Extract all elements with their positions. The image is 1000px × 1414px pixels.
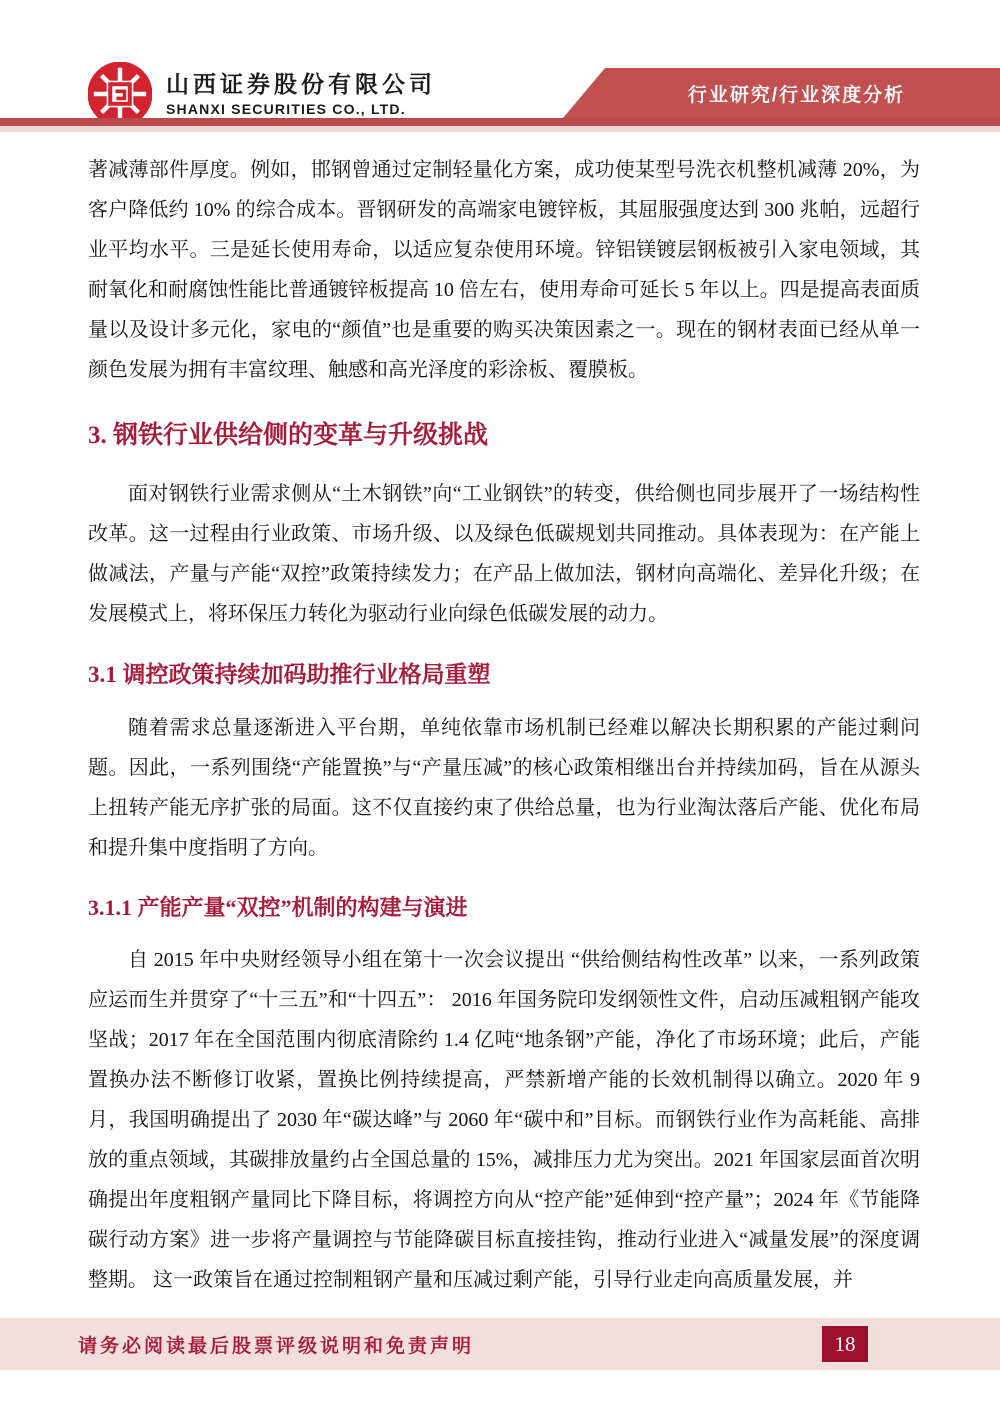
page-number-box: 18	[822, 1326, 868, 1362]
report-body: 著减薄部件厚度。例如，邯钢曾通过定制轻量化方案，成功使某型号洗衣机整机减薄 20…	[88, 150, 920, 1300]
body-paragraph: 随着需求总量逐渐进入平台期，单纯依靠市场机制已经难以解决长期积累的产能过剩问题。…	[88, 708, 920, 868]
section-heading-3-1-1: 3.1.1 产能产量“双控”机制的构建与演进	[88, 892, 920, 924]
header-rule-red	[0, 118, 1000, 126]
body-paragraph: 自 2015 年中央财经领导小组在第十一次会议提出 “供给侧结构性改革” 以来，…	[88, 940, 920, 1300]
report-type-banner: 行业研究/行业深度分析	[563, 68, 1000, 118]
footer-disclaimer-text: 请务必阅读最后股票评级说明和免责声明	[78, 1331, 474, 1358]
company-name-cn: 山西证券股份有限公司	[166, 71, 436, 97]
company-logo: 山西证券股份有限公司 SHANXI SECURITIES CO., LTD.	[88, 62, 436, 126]
section-heading-3-1: 3.1 调控政策持续加码助推行业格局重塑	[88, 658, 920, 692]
report-page: 山西证券股份有限公司 SHANXI SECURITIES CO., LTD. 行…	[0, 0, 1000, 1414]
shanxi-securities-logo-icon	[88, 62, 152, 126]
header-rule-pink	[0, 126, 1000, 132]
body-paragraph: 面对钢铁行业需求侧从“土木钢铁”向“工业钢铁”的转变，供给侧也同步展开了一场结构…	[88, 474, 920, 634]
company-name-block: 山西证券股份有限公司 SHANXI SECURITIES CO., LTD.	[166, 71, 436, 116]
section-heading-3: 3. 钢铁行业供给侧的变革与升级挑战	[88, 418, 920, 454]
page-header: 山西证券股份有限公司 SHANXI SECURITIES CO., LTD. 行…	[0, 0, 1000, 134]
page-number: 18	[835, 1332, 856, 1357]
report-type-label: 行业研究/行业深度分析	[658, 80, 905, 107]
company-name-en: SHANXI SECURITIES CO., LTD.	[166, 101, 436, 117]
body-paragraph: 著减薄部件厚度。例如，邯钢曾通过定制轻量化方案，成功使某型号洗衣机整机减薄 20…	[88, 150, 920, 390]
